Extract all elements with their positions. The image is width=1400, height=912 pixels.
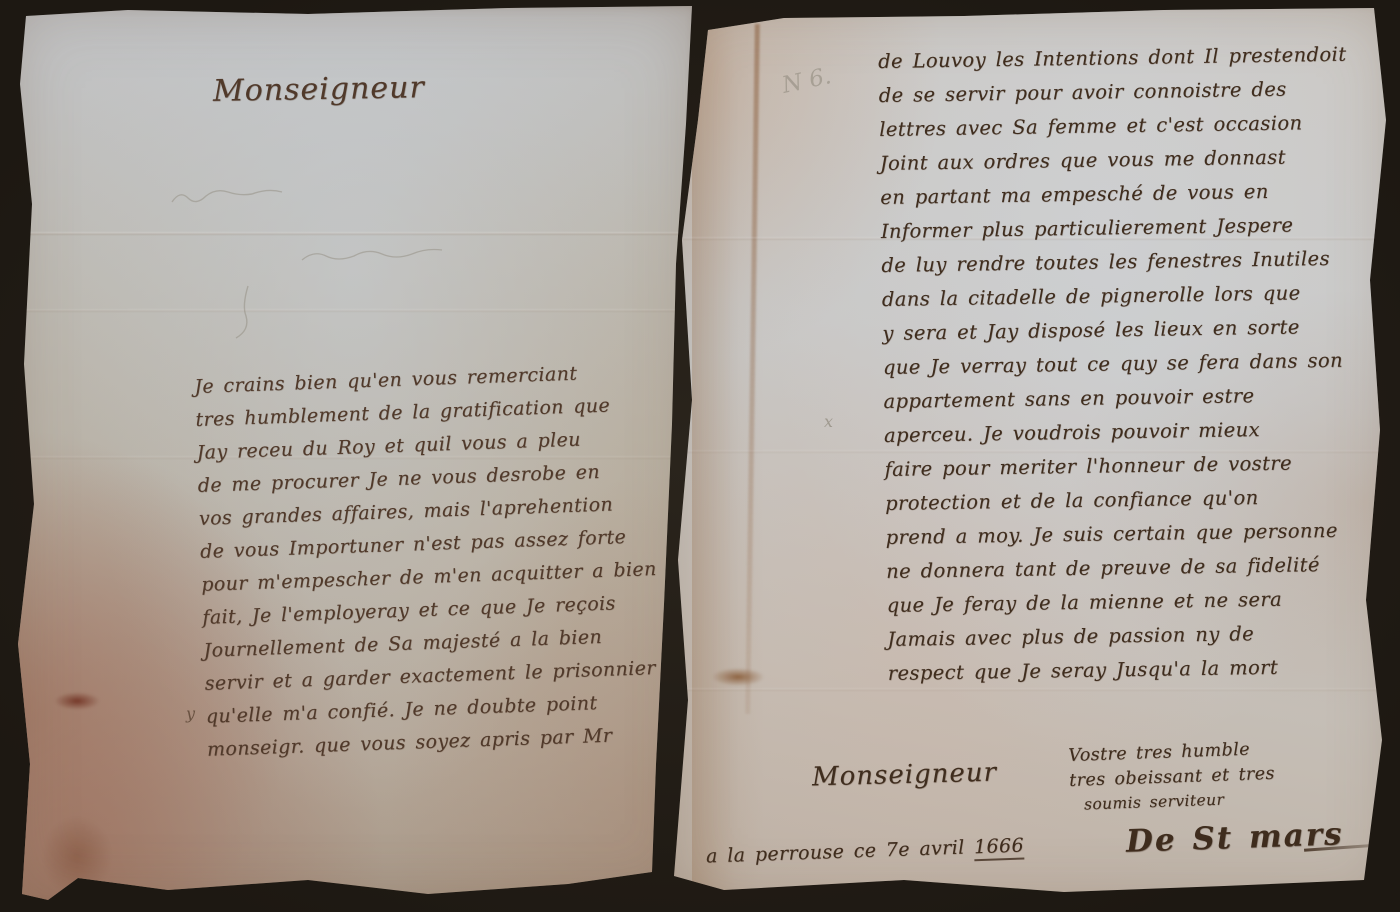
manuscript-line: appartement sans en pouvoir estre <box>883 383 1351 390</box>
valediction-line: Vostre tres humble <box>1068 739 1274 746</box>
faint-pencil-scribble <box>168 180 308 214</box>
manuscript-line: que Je verray tout ce quy se fera dans s… <box>883 349 1351 356</box>
manuscript-line: dans la citadelle de pignerolle lors que <box>882 281 1350 288</box>
manuscript-line: lettres avec Sa femme et c'est occasion <box>879 111 1347 118</box>
ink-blot-stain <box>54 692 100 710</box>
manuscript-line: prend a moy. Je suis certain que personn… <box>885 519 1353 526</box>
underlined-year: 1666 <box>974 834 1025 861</box>
manuscript-line: Jamais avec plus de passion ny de <box>887 621 1355 628</box>
manuscript-line: Informer plus particulierement Jespere <box>881 213 1349 220</box>
age-stain <box>42 816 112 896</box>
folded-edge-shading <box>692 14 764 894</box>
manuscript-line: faire pour meriter l'honneur de vostre <box>884 451 1352 458</box>
faint-pencil-scribble <box>298 242 478 272</box>
manuscript-line: de luy rendre toutes les fenestres Inuti… <box>881 247 1349 254</box>
margin-check-mark: x <box>824 412 833 431</box>
manuscript-line: Je crains bien qu'en vous remerciant <box>194 360 649 376</box>
fold-crease <box>8 309 698 312</box>
letter-page-left: Monseigneur y Je crains bien qu'en vous … <box>8 4 698 908</box>
valediction-line: soumis serviteur <box>1084 789 1276 796</box>
manuscript-line: en partant ma empesché de vous en <box>880 179 1348 186</box>
fold-crease <box>8 232 698 235</box>
signature-saint-mars: De St mars <box>1125 816 1344 860</box>
closing-salutation-monseigneur: Monseigneur <box>812 758 998 793</box>
valediction-block: Vostre tres humble tres obeissant et tre… <box>1068 739 1276 821</box>
faint-pencil-scribble <box>230 282 260 342</box>
manuscript-line: Joint aux ordres que vous me donnast <box>880 145 1348 152</box>
age-stain <box>712 668 764 686</box>
letter-body-right: de Louvoy les Intentions dont Il presten… <box>878 43 1356 696</box>
letter-body-left: Je crains bien qu'en vous remerciant tre… <box>194 360 663 772</box>
place-date-text: a la perrouse ce 7e avril <box>706 836 975 867</box>
manuscript-line: de se servir pour avoir connoistre des <box>879 77 1347 84</box>
manuscript-line: respect que Je seray Jusqu'a la mort <box>888 655 1356 662</box>
archive-number-annotation: N 6. <box>780 63 834 99</box>
manuscript-line: protection et de la confiance qu'on <box>885 485 1353 492</box>
place-and-date-line: a la perrouse ce 7e avril 1666 <box>706 834 1025 867</box>
manuscript-line: de Louvoy les Intentions dont Il presten… <box>878 43 1346 50</box>
manuscript-line: aperceu. Je voudrois pouvoir mieux <box>884 417 1352 424</box>
salutation-monseigneur: Monseigneur <box>213 70 425 109</box>
manuscript-line: que Je feray de la mienne et ne sera <box>887 587 1355 594</box>
margin-check-mark: y <box>186 704 195 723</box>
manuscript-line: ne donnera tant de preuve de sa fidelité <box>886 553 1354 560</box>
manuscript-photograph: Monseigneur y Je crains bien qu'en vous … <box>0 0 1400 912</box>
fold-crease-vertical <box>745 24 760 714</box>
manuscript-line: y sera et Jay disposé les lieux en sorte <box>882 315 1350 322</box>
letter-page-right: N 6. x de Louvoy les Intentions dont Il … <box>664 0 1400 912</box>
